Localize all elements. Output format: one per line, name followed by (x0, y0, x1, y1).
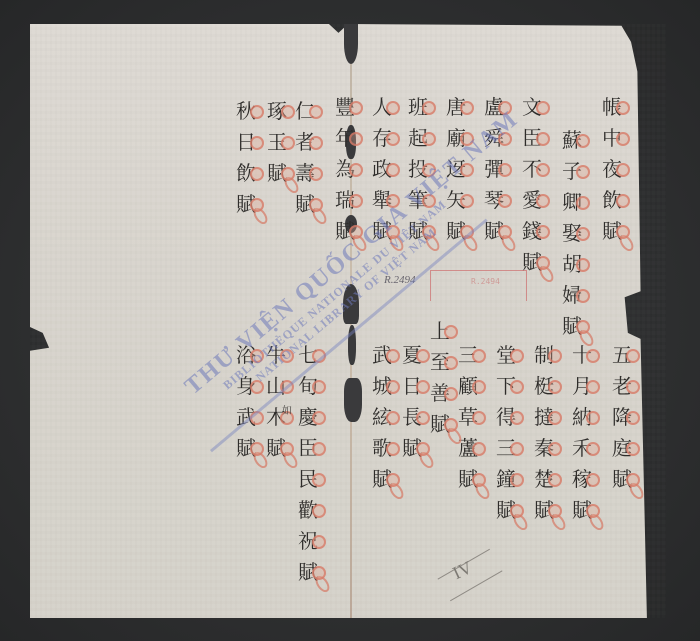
damage-hole (344, 24, 358, 64)
character: 年 (335, 123, 355, 154)
character: 日 (402, 371, 422, 402)
character: 玉 (267, 127, 287, 158)
character: 賦 (236, 189, 256, 220)
character: 婦 (562, 280, 582, 311)
character: 胡 (562, 249, 582, 280)
character: 夜 (602, 154, 622, 185)
character: 琢 (267, 96, 287, 127)
character: 賦 (372, 464, 392, 495)
library-red-stamp: R.2494 (430, 270, 527, 301)
character: 制 (534, 340, 554, 371)
character: 武 (372, 340, 392, 371)
text-column: 文臣不愛錢賦 (522, 92, 542, 278)
text-column: 制梃撻秦楚賦 (534, 340, 554, 526)
character: 瑞 (335, 185, 355, 216)
text-column: 五老降庭賦 (612, 340, 632, 495)
character: 民 (298, 464, 318, 495)
character: 帳 (602, 92, 622, 123)
character: 班 (408, 92, 428, 123)
character: 賦 (430, 409, 450, 440)
character: 賦 (602, 216, 622, 247)
character: 五 (612, 340, 632, 371)
character: 下 (496, 371, 516, 402)
character: 子 (562, 156, 582, 187)
text-column: 十月納禾稼賦 (572, 340, 592, 526)
character: 日 (236, 127, 256, 158)
character: 上 (430, 316, 450, 347)
character: 歌 (372, 433, 392, 464)
text-column: 堂下得三鐘賦 (496, 340, 516, 526)
character: 仁 (295, 96, 315, 127)
character: 中 (602, 123, 622, 154)
character: 梃 (534, 371, 554, 402)
character: 飲 (236, 158, 256, 189)
character: 三 (458, 340, 478, 371)
character: 十 (572, 340, 592, 371)
character: 得 (496, 402, 516, 433)
character: 稼 (572, 464, 592, 495)
character: 賦 (562, 311, 582, 342)
text-column: 豐年為瑞賦 (335, 92, 355, 247)
character: 絃 (372, 402, 392, 433)
character: 撻 (534, 402, 554, 433)
character: 賦 (267, 158, 287, 189)
character: 唐 (446, 92, 466, 123)
character: 慶 (298, 402, 318, 433)
character: 賦 (266, 433, 286, 464)
character: 愛 (522, 185, 542, 216)
character: 祝 (298, 526, 318, 557)
text-column: 琢玉賦 (267, 96, 287, 189)
margin-note: 如 (282, 402, 292, 417)
character: 臣 (298, 433, 318, 464)
character: 賦 (295, 189, 315, 220)
character: 秦 (534, 433, 554, 464)
character: 賦 (458, 464, 478, 495)
text-column: 三顧草蘆賦 (458, 340, 478, 495)
text-column: 帳中夜飲賦 (602, 92, 622, 247)
character: 鐘 (496, 464, 516, 495)
text-column: 武城絃歌賦 (372, 340, 392, 495)
character: 至 (430, 347, 450, 378)
character: 月 (572, 371, 592, 402)
character: 三 (496, 433, 516, 464)
character: 卿 (562, 187, 582, 218)
damage-hole (344, 378, 362, 422)
text-column: 上至善賦 (430, 316, 450, 440)
character: 娶 (562, 218, 582, 249)
character: 降 (612, 402, 632, 433)
character: 長 (402, 402, 422, 433)
character: 賦 (612, 464, 632, 495)
character: 政 (372, 154, 392, 185)
character: 賦 (534, 495, 554, 526)
character: 城 (372, 371, 392, 402)
character: 賦 (572, 495, 592, 526)
character: 賦 (402, 433, 422, 464)
character: 歡 (298, 495, 318, 526)
character: 禾 (572, 433, 592, 464)
character: 賦 (236, 433, 256, 464)
text-column: 夏日長賦 (402, 340, 422, 464)
character: 善 (430, 378, 450, 409)
character: 賦 (298, 557, 318, 588)
text-column: 秋日飲賦 (236, 96, 256, 220)
character: 堂 (496, 340, 516, 371)
text-column: 蘇子卿娶胡婦賦 (562, 125, 582, 342)
character: 草 (458, 402, 478, 433)
red-stamp-text: R.2494 (471, 277, 500, 286)
text-column: 仁者壽賦 (295, 96, 315, 220)
character: 為 (335, 154, 355, 185)
character: 起 (408, 123, 428, 154)
character: 夏 (402, 340, 422, 371)
character: 庭 (612, 433, 632, 464)
character: 錢 (522, 216, 542, 247)
character: 者 (295, 127, 315, 158)
character: 顧 (458, 371, 478, 402)
character: 楚 (534, 464, 554, 495)
character: 人 (372, 92, 392, 123)
character: 納 (572, 402, 592, 433)
character: 文 (522, 92, 542, 123)
character: 豐 (335, 92, 355, 123)
character: 蘇 (562, 125, 582, 156)
character: 秋 (236, 96, 256, 127)
character: 賦 (496, 495, 516, 526)
character: 飲 (602, 185, 622, 216)
character: 存 (372, 123, 392, 154)
character: 老 (612, 371, 632, 402)
